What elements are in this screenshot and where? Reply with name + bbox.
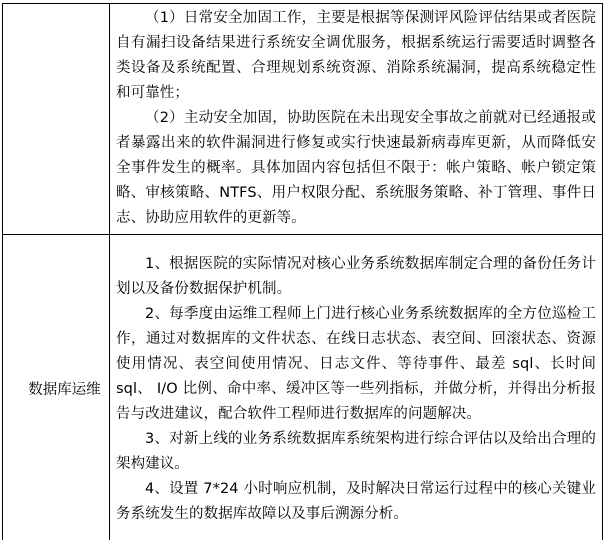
row-label-database-ops: 数据库运维 bbox=[8, 378, 105, 403]
table-row-security-hardening: （1）日常安全加固工作，主要是根据等保测评风险评估结果或者医院自有漏扫设备结果进… bbox=[3, 4, 603, 235]
row-content-cell: 1、根据医院的实际情况对核心业务系统数据库制定合理的备份任务计划以及备份数据保护… bbox=[110, 235, 603, 540]
paragraph-backup-plan: 1、根据医院的实际情况对核心业务系统数据库制定合理的备份任务计划以及备份数据保护… bbox=[116, 252, 596, 302]
paragraph-daily-hardening: （1）日常安全加固工作，主要是根据等保测评风险评估结果或者医院自有漏扫设备结果进… bbox=[116, 6, 596, 106]
row-content-cell: （1）日常安全加固工作，主要是根据等保测评风险评估结果或者医院自有漏扫设备结果进… bbox=[110, 4, 603, 235]
table-row-database-ops: 数据库运维 1、根据医院的实际情况对核心业务系统数据库制定合理的备份任务计划以及… bbox=[3, 235, 603, 540]
paragraph-response-mechanism: 4、设置 7*24 小时响应机制，及时解决日常运行过程中的核心关键业务系统发生的… bbox=[116, 477, 596, 527]
service-table: （1）日常安全加固工作，主要是根据等保测评风险评估结果或者医院自有漏扫设备结果进… bbox=[2, 3, 603, 540]
paragraph-quarterly-inspection: 2、每季度由运维工程师上门进行核心业务系统数据库的全方位巡检工作，通过对数据库的… bbox=[116, 302, 596, 427]
row-label-cell: 数据库运维 bbox=[3, 235, 110, 540]
row-label-cell bbox=[3, 4, 110, 235]
paragraph-architecture-review: 3、对新上线的业务系统数据库系统架构进行综合评估以及给出合理的架构建议。 bbox=[116, 427, 596, 477]
paragraph-active-hardening: （2）主动安全加固，协助医院在未出现安全事故之前就对已经通报或者暴露出来的软件漏… bbox=[116, 106, 596, 231]
